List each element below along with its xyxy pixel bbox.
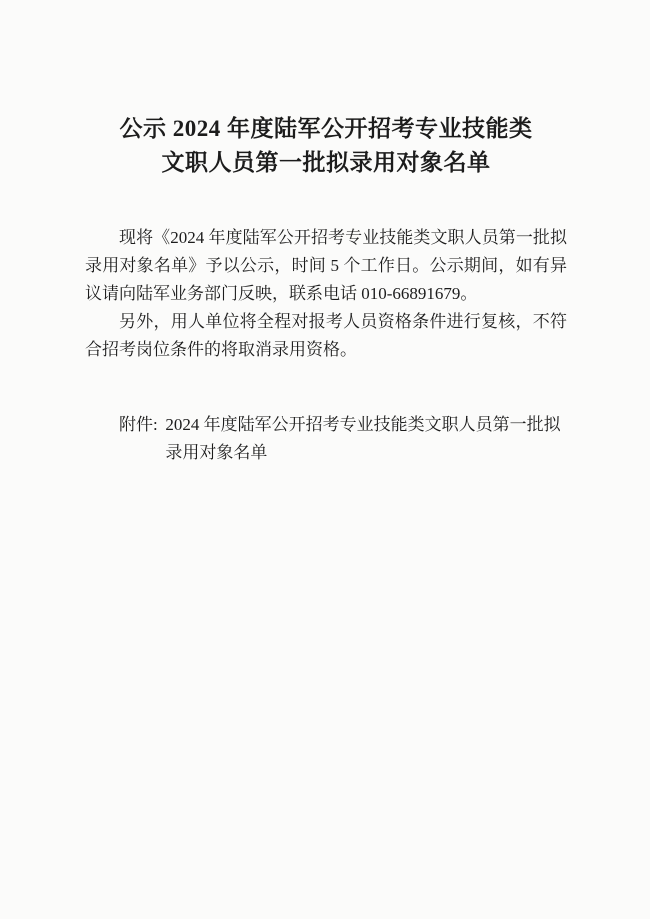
document-title-line-1: 公示 2024 年度陆军公开招考专业技能类: [85, 112, 567, 146]
document-body: 现将《2024 年度陆军公开招考专业技能类文职人员第一批拟录用对象名单》予以公示…: [85, 224, 567, 467]
document-title-line-2: 文职人员第一批拟录用对象名单: [85, 146, 567, 180]
attachment-label: 附件:: [119, 411, 158, 439]
attachment-title: 2024 年度陆军公开招考专业技能类文职人员第一批拟录用对象名单: [165, 411, 567, 467]
document-page: 公示 2024 年度陆军公开招考专业技能类 文职人员第一批拟录用对象名单 现将《…: [0, 0, 650, 919]
paragraph-public-notice: 现将《2024 年度陆军公开招考专业技能类文职人员第一批拟录用对象名单》予以公示…: [85, 224, 567, 308]
attachment-line: 附件: 2024 年度陆军公开招考专业技能类文职人员第一批拟录用对象名单: [85, 411, 567, 467]
document-title: 公示 2024 年度陆军公开招考专业技能类 文职人员第一批拟录用对象名单: [85, 112, 567, 180]
paragraph-qualification-review: 另外，用人单位将全程对报考人员资格条件进行复核，不符合招考岗位条件的将取消录用资…: [85, 308, 567, 364]
